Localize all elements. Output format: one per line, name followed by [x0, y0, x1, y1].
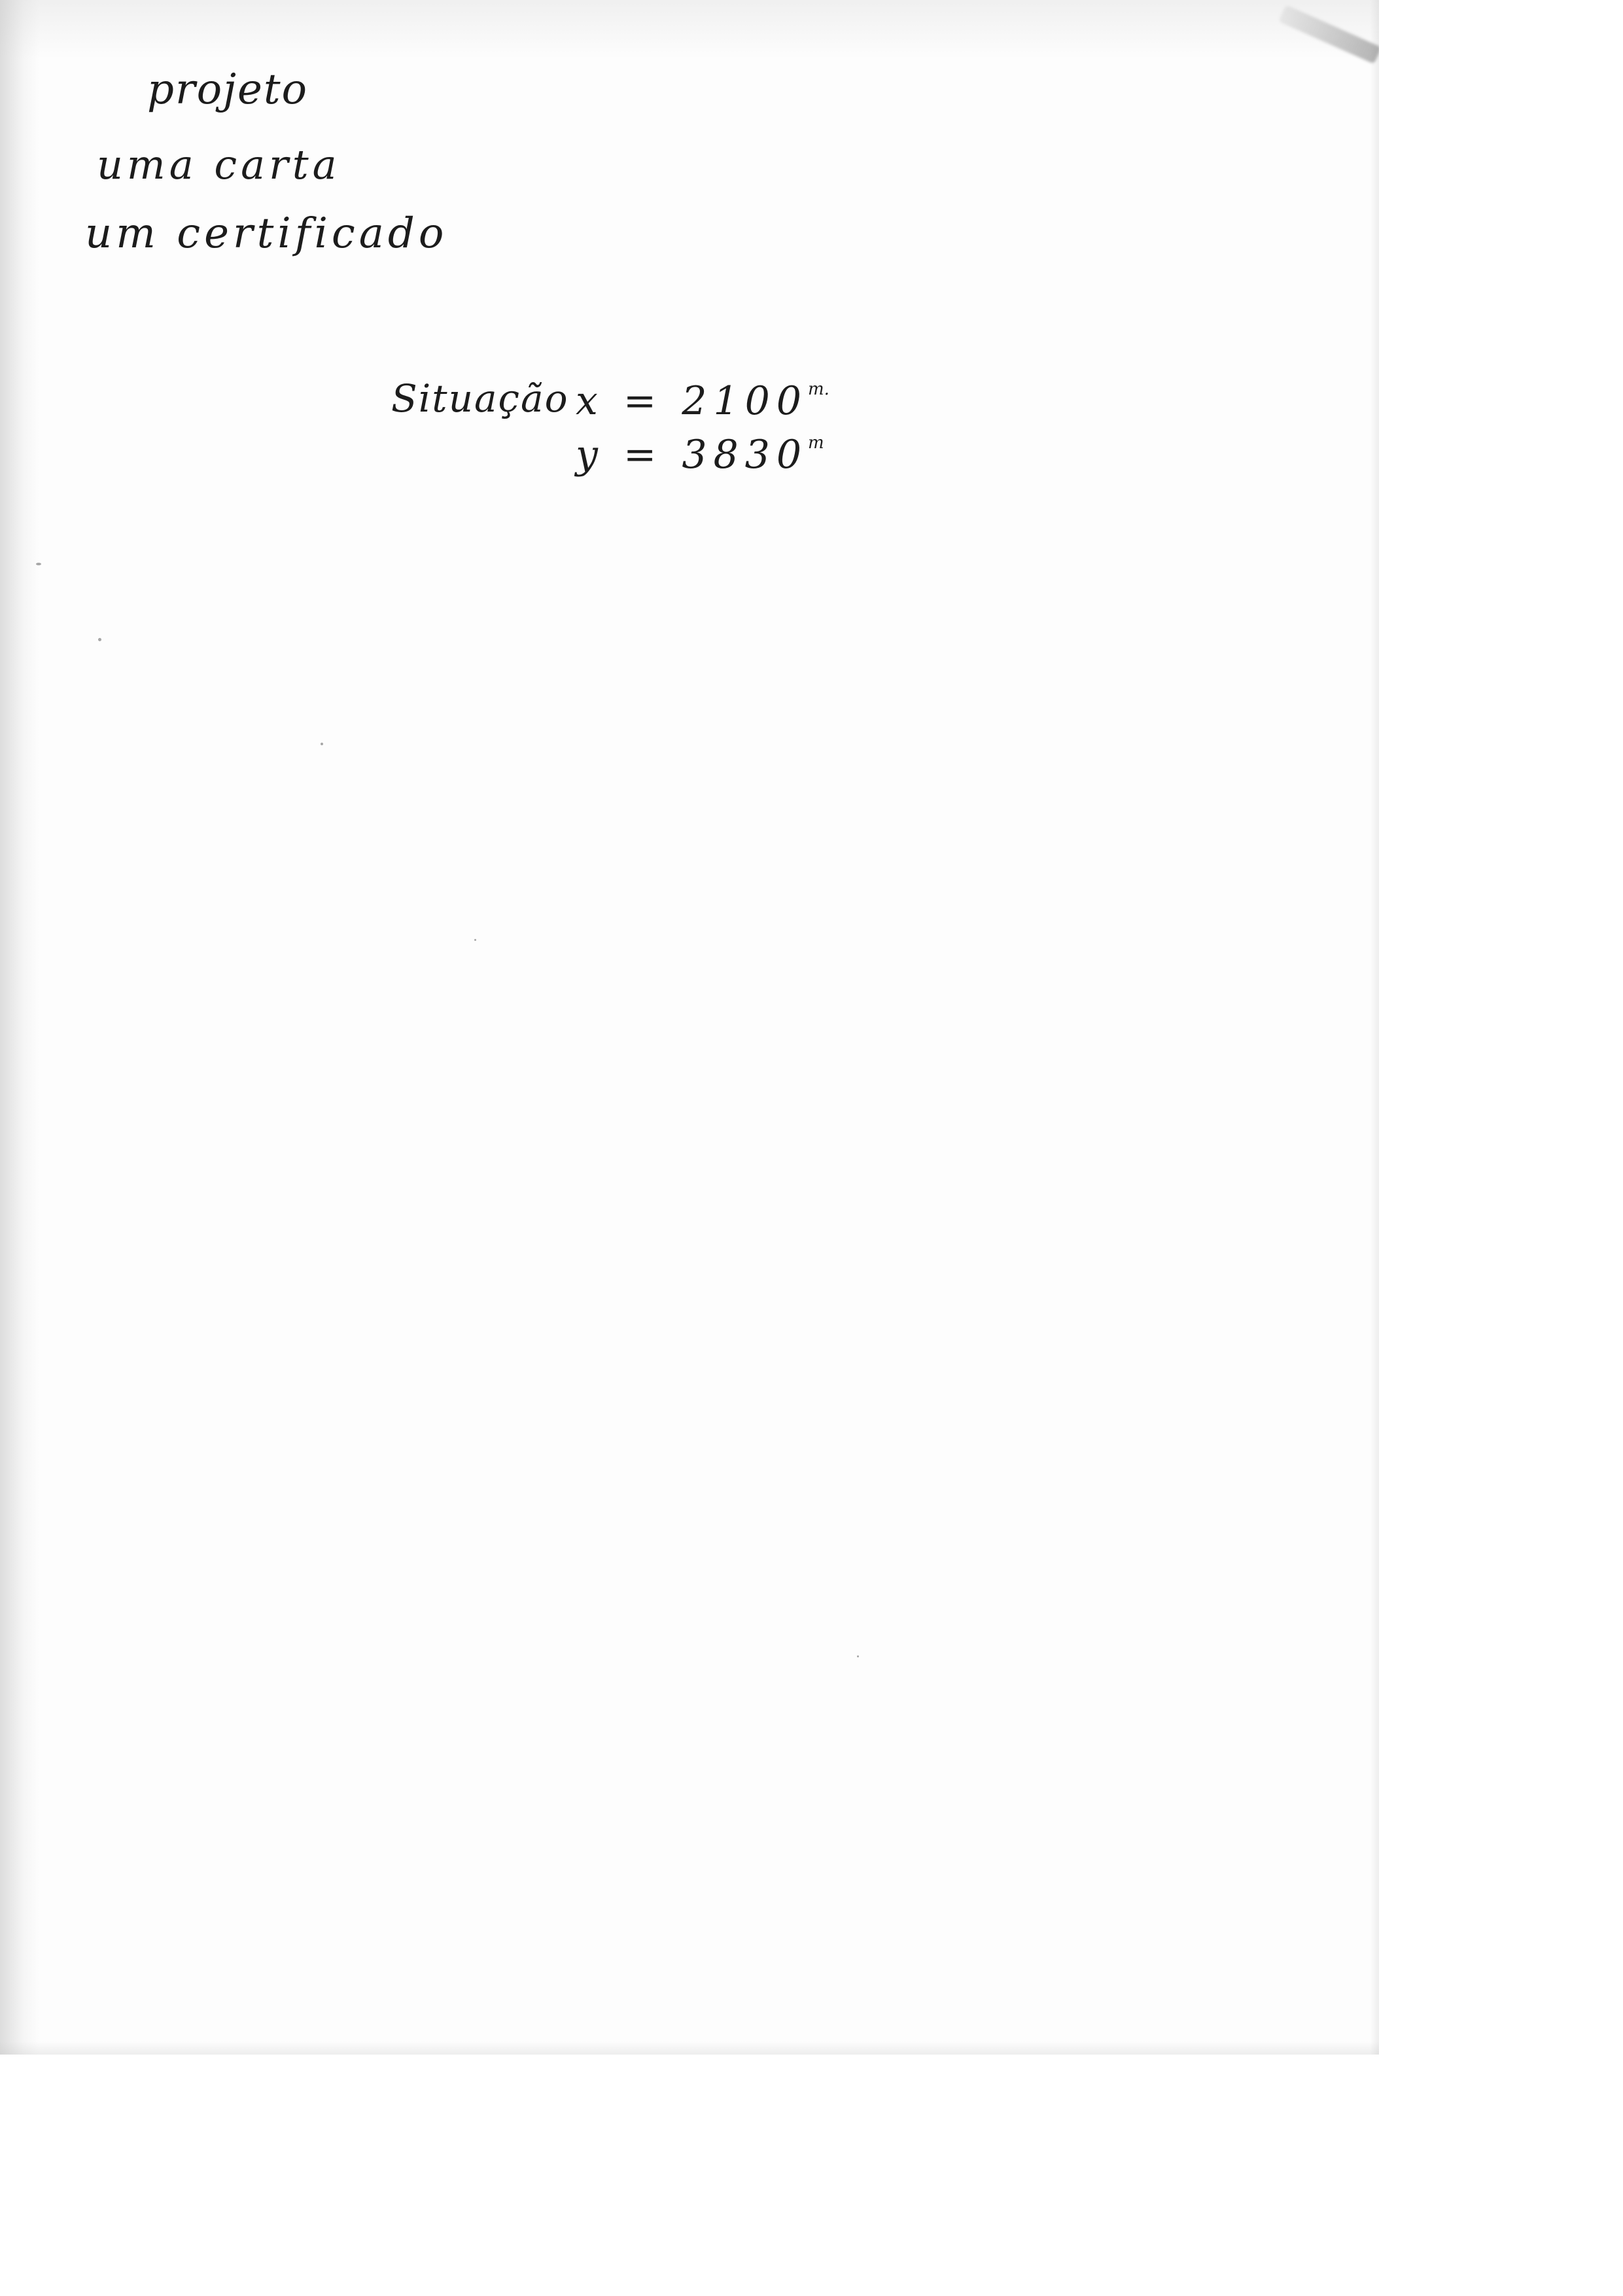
scan-speck	[321, 743, 323, 745]
handwritten-item: um certificado	[85, 209, 447, 258]
coordinate-x: x = 2100m.	[576, 378, 829, 424]
scan-speck	[36, 563, 41, 565]
binding-shadow	[0, 0, 39, 2055]
scan-speck	[474, 939, 476, 941]
scan-speck	[857, 1655, 859, 1657]
coordinate-x-value: 2100	[682, 378, 808, 424]
scanned-page: projeto uma carta um certificado Situaçã…	[0, 0, 1379, 2055]
coordinate-y-sep: =	[604, 432, 682, 478]
handwritten-heading: projeto	[147, 65, 308, 114]
situation-label: Situação	[391, 376, 569, 421]
coordinate-y: y = 3830m	[576, 432, 824, 478]
bleed-through-band	[0, 0, 1379, 59]
page-right-edge	[1370, 0, 1379, 2055]
scan-speck	[98, 638, 101, 641]
coordinate-y-unit: m	[808, 433, 824, 453]
handwritten-item: uma carta	[97, 141, 341, 188]
coordinate-y-value: 3830	[682, 432, 808, 478]
page-bottom-edge	[0, 2041, 1379, 2055]
coordinate-x-name: x	[576, 378, 604, 424]
coordinate-y-name: y	[576, 432, 604, 478]
coordinate-x-sep: =	[604, 378, 682, 424]
coordinate-x-unit: m.	[808, 380, 829, 399]
